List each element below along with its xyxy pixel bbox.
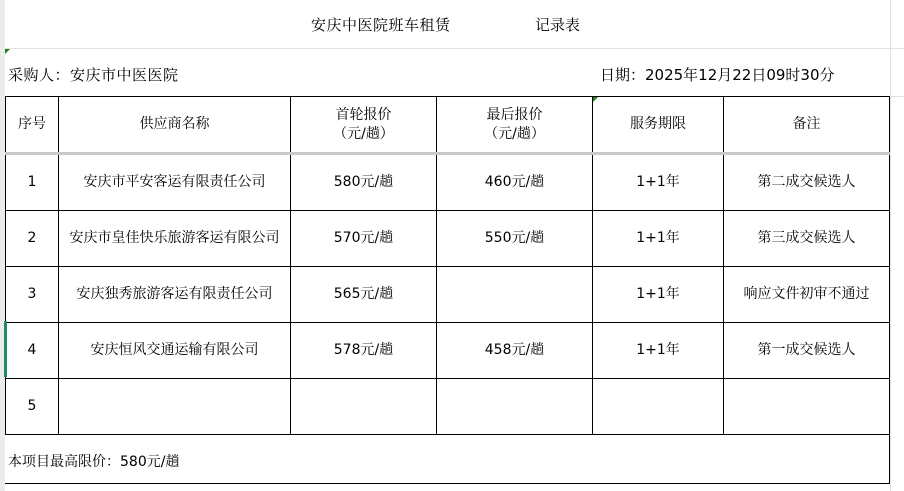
cell-first-price[interactable] xyxy=(291,379,437,435)
cell-no[interactable]: 5 xyxy=(6,379,59,435)
cell-supplier[interactable]: 安庆市皇佳快乐旅游客运有限公司 xyxy=(59,211,291,267)
max-price-row[interactable]: 本项目最高限价：580元/趟 xyxy=(5,434,890,484)
cell-remark[interactable]: 响应文件初审不通过 xyxy=(724,267,890,323)
purchaser-cell[interactable]: 采购人：安庆市中医医院 xyxy=(8,64,179,85)
table-row: 1 安庆市平安客运有限责任公司 580元/趟 460元/趟 1+1年 第二成交候… xyxy=(6,154,890,211)
cell-final-price[interactable]: 550元/趟 xyxy=(437,211,593,267)
table-header-row: 序号 供应商名称 首轮报价 （元/趟） 最后报价 （元/趟） 服务期限 备注 xyxy=(6,97,890,154)
cell-first-price[interactable]: 565元/趟 xyxy=(291,267,437,323)
cell-remark[interactable] xyxy=(724,379,890,435)
cell-remark[interactable]: 第二成交候选人 xyxy=(724,154,890,211)
cell-supplier[interactable]: 安庆恒风交通运输有限公司 xyxy=(59,323,291,379)
cell-term[interactable] xyxy=(593,379,724,435)
cell-no[interactable]: 1 xyxy=(6,154,59,211)
cell-no[interactable]: 3 xyxy=(6,267,59,323)
cell-no[interactable]: 4 xyxy=(6,323,59,379)
table-row: 4 安庆恒风交通运输有限公司 578元/趟 458元/趟 1+1年 第一成交候选… xyxy=(6,323,890,379)
cell-no[interactable]: 2 xyxy=(6,211,59,267)
sheet-title[interactable]: 安庆中医院班车租赁 xyxy=(311,14,451,35)
bid-record-table: 序号 供应商名称 首轮报价 （元/趟） 最后报价 （元/趟） 服务期限 备注 1… xyxy=(5,96,890,435)
header-no[interactable]: 序号 xyxy=(6,97,59,154)
cell-final-price[interactable] xyxy=(437,379,593,435)
cell-remark[interactable]: 第一成交候选人 xyxy=(724,323,890,379)
header-remark[interactable]: 备注 xyxy=(724,97,890,154)
header-term[interactable]: 服务期限 xyxy=(593,97,724,154)
header-first-price-line1: 首轮报价 xyxy=(293,106,434,125)
cell-term[interactable]: 1+1年 xyxy=(593,323,724,379)
table-row: 2 安庆市皇佳快乐旅游客运有限公司 570元/趟 550元/趟 1+1年 第三成… xyxy=(6,211,890,267)
cell-first-price[interactable]: 580元/趟 xyxy=(291,154,437,211)
header-final-price-line2: （元/趟） xyxy=(439,125,590,144)
header-final-price[interactable]: 最后报价 （元/趟） xyxy=(437,97,593,154)
cell-final-price[interactable] xyxy=(437,267,593,323)
gridline xyxy=(5,48,904,49)
header-supplier[interactable]: 供应商名称 xyxy=(59,97,291,154)
cell-first-price[interactable]: 570元/趟 xyxy=(291,211,437,267)
cell-supplier[interactable]: 安庆独秀旅游客运有限责任公司 xyxy=(59,267,291,323)
gridline xyxy=(890,0,891,491)
comment-marker-icon[interactable] xyxy=(593,97,598,102)
cell-term[interactable]: 1+1年 xyxy=(593,211,724,267)
row-selection-indicator xyxy=(4,321,7,377)
cell-remark[interactable]: 第三成交候选人 xyxy=(724,211,890,267)
header-final-price-line1: 最后报价 xyxy=(439,106,590,125)
table-row: 3 安庆独秀旅游客运有限责任公司 565元/趟 1+1年 响应文件初审不通过 xyxy=(6,267,890,323)
comment-marker-icon[interactable] xyxy=(5,49,10,54)
header-first-price-line2: （元/趟） xyxy=(293,125,434,144)
cell-term[interactable]: 1+1年 xyxy=(593,154,724,211)
cell-first-price[interactable]: 578元/趟 xyxy=(291,323,437,379)
cell-supplier[interactable]: 安庆市平安客运有限责任公司 xyxy=(59,154,291,211)
sheet-title-suffix[interactable]: 记录表 xyxy=(535,14,580,35)
table-row: 5 xyxy=(6,379,890,435)
header-first-price[interactable]: 首轮报价 （元/趟） xyxy=(291,97,437,154)
cell-final-price[interactable]: 460元/趟 xyxy=(437,154,593,211)
cell-term[interactable]: 1+1年 xyxy=(593,267,724,323)
max-price-text: 本项目最高限价：580元/趟 xyxy=(8,451,179,471)
date-cell[interactable]: 日期：2025年12月22日09时30分 xyxy=(600,64,835,85)
cell-final-price[interactable]: 458元/趟 xyxy=(437,323,593,379)
cell-supplier[interactable] xyxy=(59,379,291,435)
